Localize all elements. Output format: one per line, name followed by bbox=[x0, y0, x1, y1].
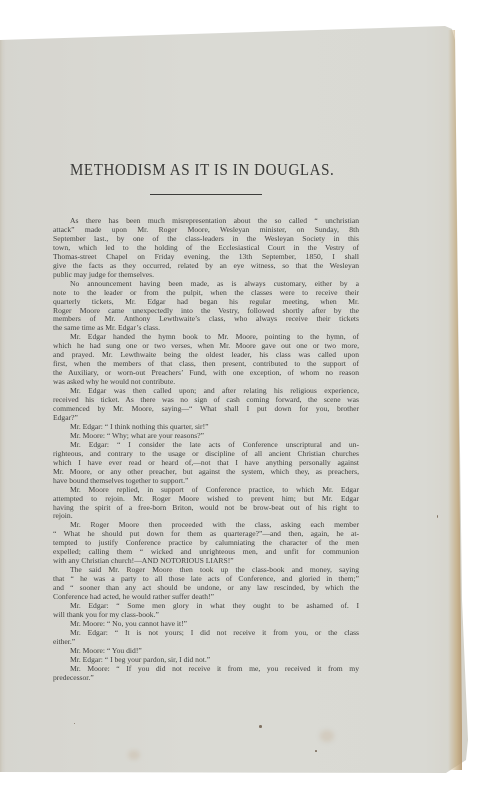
page-title: METHODISM AS IT IS IN DOUGLAS. bbox=[70, 161, 340, 181]
paper-stain bbox=[320, 730, 334, 742]
title-rule-divider bbox=[150, 194, 262, 195]
page-edge-stain bbox=[448, 30, 462, 770]
text-line: Mr. Edgar: “ It is not yours; I did not … bbox=[53, 629, 359, 638]
text-line: Mr. Moore: “ If you did not receive it f… bbox=[53, 665, 359, 674]
text-line: having the spirit of a free-born Briton,… bbox=[53, 504, 359, 513]
text-line: predecessor.” bbox=[53, 674, 359, 683]
paper-spot bbox=[315, 750, 317, 752]
text-line: commenced by Mr. Moore, saying—“ What sh… bbox=[53, 405, 359, 414]
paper-stain bbox=[128, 750, 140, 760]
paper-spot bbox=[259, 725, 262, 728]
body-text: As there has been much misrepresentation… bbox=[53, 217, 359, 683]
